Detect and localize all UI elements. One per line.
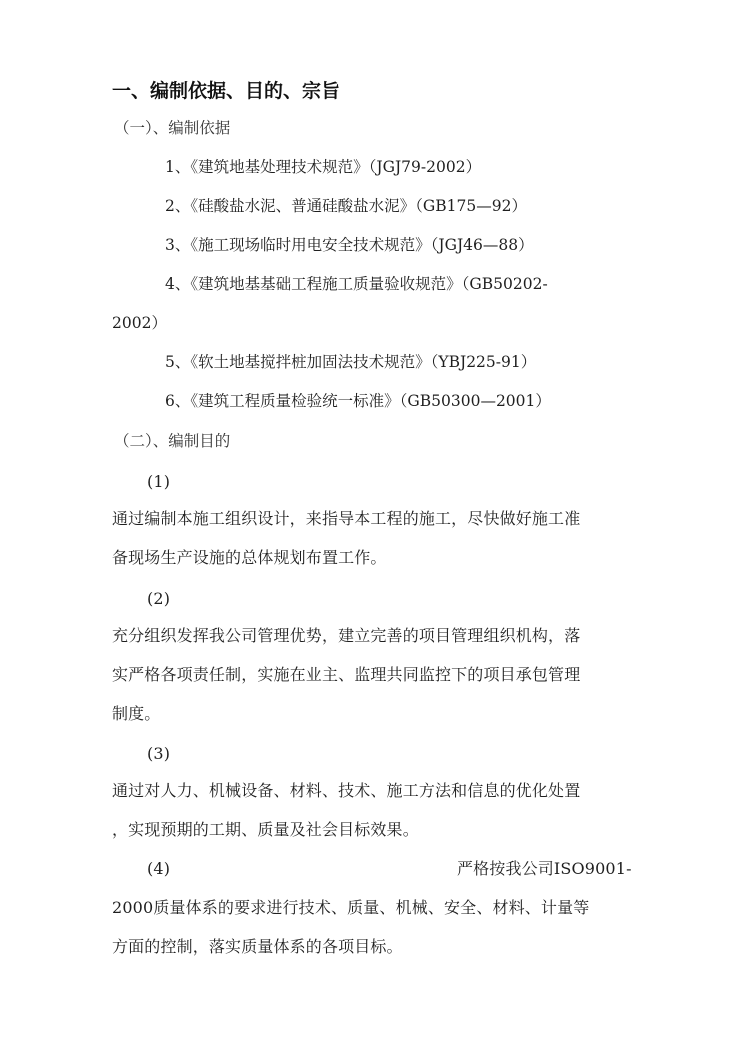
reference-item-3: 3、《施工现场临时用电安全技术规范》（JGJ46—88） <box>165 235 534 255</box>
purpose-text-3-line-2: ，实现预期的工期、质量及社会目标效果。 <box>112 820 419 840</box>
subsection-title-basis: （一）、编制依据 <box>114 118 230 138</box>
purpose-number-4: (4) <box>147 859 170 879</box>
reference-item-1: 1、《建筑地基处理技术规范》（JGJ79-2002） <box>165 157 481 177</box>
purpose-text-3-line-1: 通过对人力、机械设备、材料、技术、施工方法和信息的优化处置 <box>112 781 580 801</box>
purpose-number-1: (1) <box>147 472 170 492</box>
reference-item-6: 6、《建筑工程质量检验统一标准》（GB50300—2001） <box>165 391 551 411</box>
purpose-text-4-inline: 严格按我公司ISO9001- <box>457 859 632 879</box>
document-page: 一、编制依据、目的、宗旨 （一）、编制依据 1、《建筑地基处理技术规范》（JGJ… <box>0 0 744 1052</box>
reference-item-2: 2、《硅酸盐水泥、普通硅酸盐水泥》（GB175—92） <box>165 196 527 216</box>
purpose-text-1-line-1: 通过编制本施工组织设计，来指导本工程的施工，尽快做好施工准 <box>112 509 580 529</box>
purpose-number-2: (2) <box>147 589 170 609</box>
purpose-text-2-line-1: 充分组织发挥我公司管理优势，建立完善的项目管理组织机构，落 <box>112 626 580 646</box>
purpose-text-4-line-2: 方面的控制，落实质量体系的各项目标。 <box>112 937 403 957</box>
purpose-number-3: (3) <box>147 744 170 764</box>
purpose-text-1-line-2: 备现场生产设施的总体规划布置工作。 <box>112 548 387 568</box>
reference-item-5: 5、《软土地基搅拌桩加固法技术规范》（YBJ225-91） <box>165 352 536 372</box>
reference-item-4: 4、《建筑地基基础工程施工质量验收规范》（GB50202- <box>165 274 548 294</box>
purpose-text-4-line-1: 2000质量体系的要求进行技术、质量、机械、安全、材料、计量等 <box>112 898 589 918</box>
section-heading: 一、编制依据、目的、宗旨 <box>112 79 340 103</box>
subsection-title-purpose: （二）、编制目的 <box>114 431 230 451</box>
purpose-text-2-line-3: 制度。 <box>112 704 160 724</box>
purpose-text-2-line-2: 实严格各项责任制，实施在业主、监理共同监控下的项目承包管理 <box>112 665 580 685</box>
reference-item-4-continued: 2002） <box>112 313 167 333</box>
